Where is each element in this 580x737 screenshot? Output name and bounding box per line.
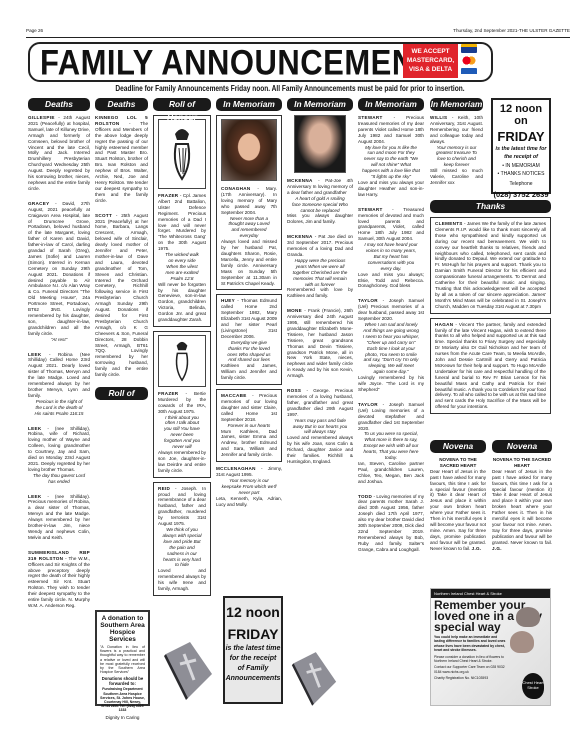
deadline-line: is the latest time (225, 645, 281, 652)
notice: SCOTT - 25th August 2021 (Peacefully) at… (95, 213, 148, 378)
notice-text: - Loving memories of my dear parents mot… (358, 494, 424, 552)
notice-name: FRAZER (158, 193, 178, 198)
novena-text: Dear Heart of Jesus in the past I have a… (492, 469, 552, 545)
friday-text: FRIDAY (225, 626, 281, 642)
novena-1: Novena NOVENA TO THE SACRED HEARTDear He… (430, 440, 486, 552)
notice-name: FRAZER (158, 391, 178, 396)
notice-signoff: Miss you always daughter Dolores, Jim an… (287, 213, 353, 225)
dateline: Thursday, 2nd September 2021-THE ULSTER … (453, 28, 570, 37)
column-in-memoriam-1: In Memoriam CONAGHAN - Mary. (17th Anniv… (216, 98, 282, 516)
in-memoriam-deadline-box: 12 noon on FRIDAY is the latest time for… (491, 98, 551, 194)
deadline-item: • THANKS NOTICES (493, 171, 549, 177)
hospice-quote: "A Donation in lieu of flowers is a prac… (100, 645, 145, 674)
novena-title: NOVENA TO THE SACRED HEART (492, 457, 552, 469)
notice-box: REID - Joseph. In proud and loving remem… (153, 482, 211, 596)
deadline-line: Announcements (225, 675, 281, 682)
notice: LEEK - Robina (Nee Shilliday) Called Hom… (28, 352, 90, 417)
notice-text: - Cpl. James Albert 2nd Battalion, Ulste… (158, 193, 206, 251)
hospice-forward: Donations should be forwarded to: (100, 676, 145, 686)
notice-text: - (nee Shilliday). Precious memories of … (28, 494, 90, 540)
portrait-photo (294, 115, 346, 173)
notice-signoff: Leta, Kenneth, Kyla, Adrian, Lucy and Mo… (216, 496, 282, 508)
notice-verse: Precious in the sight of the Lord is the… (28, 399, 90, 417)
section-header-deaths: Deaths (28, 98, 90, 111)
deadline-notice: Deadline for Family Announcements Friday… (52, 84, 528, 93)
notice-name: GILLESPIE (28, 115, 55, 120)
payment-accept-badge: WE ACCEPT MASTERCARD, VISA & DELTA (403, 44, 458, 78)
notice: GILLESPIE - 24th August 2021 (Peacefully… (28, 115, 90, 192)
hospice-title: A donation to Southern Area Hospice Serv… (100, 615, 145, 643)
thanks-section: Thanks CLEMENTS - James We the family of… (430, 200, 551, 418)
notice: ROSS - George. Precious memories of a lo… (287, 388, 353, 465)
notice-text: - The W.M., Officers and Sir Knights of … (28, 556, 90, 608)
section-header-in-memoriam: In Memoriam (287, 98, 353, 111)
notice-name: TODD (358, 494, 372, 499)
noon-text: 12 noon on (493, 103, 549, 127)
heart-flower-icon (516, 607, 540, 627)
card-logos (461, 44, 481, 80)
notice-text: - James We the family of the late James … (435, 221, 546, 309)
novena-sign: J.G. (472, 546, 482, 551)
notice: TAYLOR - Joseph Samuel (Uel) Precious me… (358, 298, 424, 393)
notice-signoff: Always remembered by son Joe, daughter-i… (158, 450, 206, 474)
notice-name: REID (158, 486, 170, 491)
page-number: Page 26 (26, 28, 43, 37)
udr-harp-crest-icon (158, 119, 206, 189)
ad-charity: Charity Registration No. NIC103593 (431, 676, 509, 680)
notice-verse: The wicked walk on every side When the v… (158, 252, 206, 282)
notice: SUMMERISLAND RBP 319 ROLSTON - The W.M.,… (28, 550, 90, 609)
notice: MCKENNA - Pat-Joe 4th Anniversary In lov… (287, 178, 353, 225)
notice-signoff: Still missed so much Valerie, Caroline a… (430, 168, 483, 186)
hospice-address: Fundraising Department Southern Area Hos… (100, 687, 145, 712)
notice-name: LEEK (28, 352, 41, 357)
section-header-thanks: Thanks (430, 200, 551, 213)
notice-name: STEWART (358, 207, 383, 212)
notice-name: GRACEY (28, 201, 49, 206)
notice-verse: "At rest" (28, 337, 90, 343)
notice-signoff: Loved and remembered always by his wife … (287, 435, 353, 465)
notice-verse: Happy were the precious years When we we… (287, 258, 353, 288)
novena-sign: J.G. (492, 546, 502, 551)
telephone-label: Telephone (493, 181, 549, 187)
notice-verse: Never more than a thought away Loved and… (221, 216, 277, 240)
notice-box: HUEY - Thomas Edmund called Home 2nd Sep… (216, 294, 282, 385)
notice-name: MONE (287, 308, 302, 313)
notice-name: ROSS (287, 388, 301, 393)
notice: TAYLOR - Joseph Samuel (Uel) Loving memo… (358, 402, 424, 485)
notice: MONE - Frank (Francie), 26th Anniversary… (287, 308, 353, 379)
notice-signoff: Will never be forgotten by his daughter … (158, 282, 206, 323)
column-in-memoriam-4: In Memoriam WILLIS - Keith, 10th Anniver… (430, 98, 483, 195)
ad-contact: Contact our Supporter Care Team on 028 9… (431, 665, 509, 674)
notice-verse: Your memory is our greatest treasure To … (430, 145, 483, 169)
notice-verse: A heart of gold A smiling face Someone s… (287, 196, 353, 214)
heart-flower-icon (510, 631, 534, 653)
udr-harp-crest-icon (158, 335, 206, 387)
notice-text: - Robina (Nee Shilliday) Called Home 23r… (28, 352, 90, 398)
deadline-item: • IN MEMORIAM (493, 163, 549, 169)
notice-text: - 24th August 2021 (Peacefully) at hospi… (28, 115, 90, 191)
notice-signoff: Ian, Steven, Caroline partner Paul, gran… (358, 461, 424, 485)
notice: KINNEGO LOL 5 ROLSTON - The Officers and… (95, 115, 148, 204)
page-header-line: Page 26 Thursday, 2nd September 2021-THE… (26, 28, 570, 38)
bible-icon (162, 640, 214, 700)
chest-heart-stroke-logo: Chest Heart Stroke (522, 673, 544, 699)
notice: STEWART - Precious treasured memories of… (358, 115, 424, 198)
notice-verse: Your memory is our keepsake From which w… (216, 478, 282, 496)
notice-signoff: Always loved and missed by her husband P… (221, 239, 277, 286)
notice-signoff: Love and miss you always; Elsie, Todd an… (358, 272, 424, 290)
notice-name: STEWART (358, 115, 383, 120)
accept-line: MASTERCARD, (403, 56, 458, 65)
ad-body: You could help make an immediate and las… (431, 635, 509, 653)
notice-name: MACCABE (221, 393, 247, 398)
section-header-roll-of-honour: Roll of Honour (153, 98, 211, 111)
notice: TODD - Loving memories of my dear parent… (358, 494, 424, 553)
notice-signoff: Lovingly remembered by his wife Joyce. "… (358, 375, 424, 393)
notice-signoff: Kathleen and James, William and Jennifer… (221, 363, 277, 381)
notice-signoff: Remembered with love by Kathleen and fam… (287, 287, 353, 299)
notice-text: - The Officers and Members of the above … (95, 121, 148, 203)
visa-icon (461, 44, 477, 53)
section-header-in-memoriam: In Memoriam (216, 98, 282, 111)
column-deaths-2: Deaths KINNEGO LOL 5 ROLSTON - The Offic… (95, 98, 148, 404)
notice-name: HAGAN (435, 322, 453, 327)
deadline-line: the receipt of (493, 154, 549, 160)
notice-verse: When I am sad and lonely And things are … (358, 322, 424, 375)
notice-text: - Frank (Francie), 26th Anniversary died… (287, 308, 353, 378)
friday-deadline-box: 12 noon FRIDAY is the latest time for th… (223, 596, 283, 704)
notice-text: - (nee Shilliday), Robina, wife of Richa… (28, 426, 90, 472)
notice: LEEK - (nee Shilliday). Precious memorie… (28, 494, 90, 541)
novena-text: Dear Heart of Jesus in the past I have a… (430, 469, 486, 551)
notice-name: MCCLENAGHAN (216, 466, 256, 471)
notice-signoff: Love and miss you always your daughter H… (358, 180, 424, 198)
accept-line: WE ACCEPT (403, 47, 458, 56)
notice-name: HUEY (221, 298, 235, 303)
notice-verse: We think of you always with special love… (158, 527, 206, 568)
notice-name: SCOTT (95, 213, 112, 218)
notice-name: WILLIS (430, 115, 447, 120)
notice-verse: I may not have heard your voices in so m… (358, 242, 424, 272)
notice-signoff: Loved and remembered always by his wife … (158, 568, 206, 592)
thanks-notice: HAGAN - Vincent The partner, family and … (430, 318, 551, 415)
delta-icon (461, 68, 477, 77)
notice-verse: Forever in our hearts (221, 423, 277, 429)
notice-name: CLEMENTS (435, 221, 463, 226)
notice-name: LEEK (28, 494, 41, 499)
deadline-line: of Family (225, 665, 281, 672)
notice-box: FRAZER - Bertie Murdered by the cowards … (153, 331, 211, 478)
section-header-deaths: Deaths (95, 98, 148, 111)
hospice-donation-box: A donation to Southern Area Hospice Serv… (95, 610, 150, 706)
notice: STEWART - Treasured memories of devoted … (358, 207, 424, 290)
notice-name: MCKENNA (287, 234, 313, 239)
telephone-number: (028) 3752 2639 (493, 190, 549, 199)
section-header-novena: Novena (430, 440, 486, 453)
notice-verse: Years may pass and fade away But in our … (287, 418, 353, 436)
column-in-memoriam-2: In Memoriam MCKENNA - Pat-Joe 4th Annive… (287, 98, 353, 474)
notice-text: - Treasured memories of devoted and much… (358, 207, 424, 242)
notice-text: - 25th August 2021 (Peacefully) at her h… (95, 213, 148, 377)
notice-name: MCKENNA (287, 178, 313, 183)
notice: MCKENNA - Pat Joe died on 3rd September … (287, 234, 353, 299)
notice-verse: Everyday we give thanks For the loved on… (221, 340, 277, 364)
deadline-line: is the latest time for (493, 146, 549, 152)
notice-box: MACCABE - Precious memories of our lovin… (216, 389, 282, 462)
portrait-photo (221, 119, 277, 181)
column-roll-of-honour: Roll of Honour FRAZER - Cpl. James Alber… (153, 98, 211, 600)
notice: WILLIS - Keith, 10th Anniversary, 31st A… (430, 115, 483, 186)
notice-text: - Vincent The partner, family and extend… (435, 322, 546, 410)
accept-line: VISA & DELTA (403, 65, 458, 74)
notice-verse: To us you were so special, What more is … (358, 431, 424, 461)
column-deaths-1: Deaths GILLESPIE - 24th August 2021 (Pea… (28, 98, 90, 618)
novena-title: NOVENA TO THE SACRED HEART (430, 457, 486, 469)
mastercard-icon (461, 56, 477, 65)
notice-name: CONAGHAN (221, 186, 250, 191)
chest-heart-stroke-ad: Northern Ireland Chest Heart & Stroke Re… (430, 588, 551, 706)
notice-verse: I think about you often I talk about you… (158, 415, 206, 450)
notice-verse: The day thou gavest Lord has ended (28, 473, 90, 485)
notice-box: CONAGHAN - Mary. (17th Anniversary). In … (216, 115, 282, 290)
section-header-in-memoriam: In Memoriam (430, 98, 483, 111)
notice-box: FRAZER - Cpl. James Albert 2nd Battalion… (153, 115, 211, 327)
notice-name: LEEK (28, 426, 41, 431)
notice: GRACEY - David, 27th August, 2021 peacef… (28, 201, 90, 343)
notice: LEEK - (nee Shilliday), Robina, wife of … (28, 426, 90, 485)
page-title: FAMILY ANNOUNCEMENTS (40, 44, 455, 80)
deadline-line: for the receipt (225, 655, 281, 662)
notice-name: TAYLOR (358, 298, 378, 303)
notice-text: - Thomas Edmund called Home 2nd Septembe… (221, 298, 277, 338)
thanks-notice: CLEMENTS - James We the family of the la… (430, 217, 551, 314)
novena-2: Novena NOVENA TO THE SACRED HEARTDear He… (492, 440, 552, 552)
hospice-tagline: Dignity In Caring (100, 715, 145, 720)
section-header-novena: Novena (492, 440, 552, 453)
section-header-in-memoriam: In Memoriam (358, 98, 424, 111)
notice-name: TAYLOR (358, 402, 378, 407)
notice-text: - Joseph. In proud and loving remembranc… (158, 486, 206, 526)
ad-org: Northern Ireland Chest Heart & Stroke (431, 589, 550, 598)
bible-icon (290, 650, 338, 706)
friday-text: FRIDAY (493, 129, 549, 144)
notice-verse: My love for you Is like the sun and moon… (358, 145, 424, 180)
section-header-roll-of-honour: Roll of Honour (95, 387, 148, 400)
notice-signoff: Mum Kathleen, Dad James, sister Emma and… (221, 429, 277, 459)
notice-text: - David, 27th August, 2021 peacefully at… (28, 201, 90, 336)
ad-body: Please consider a donation in lieu of fl… (431, 655, 509, 664)
noon-text: 12 noon (225, 604, 281, 620)
notice: MCCLENAGHAN - Jimmy, 31st August 1995.Yo… (216, 466, 282, 507)
column-in-memoriam-3: In Memoriam STEWART - Precious treasured… (358, 98, 424, 562)
